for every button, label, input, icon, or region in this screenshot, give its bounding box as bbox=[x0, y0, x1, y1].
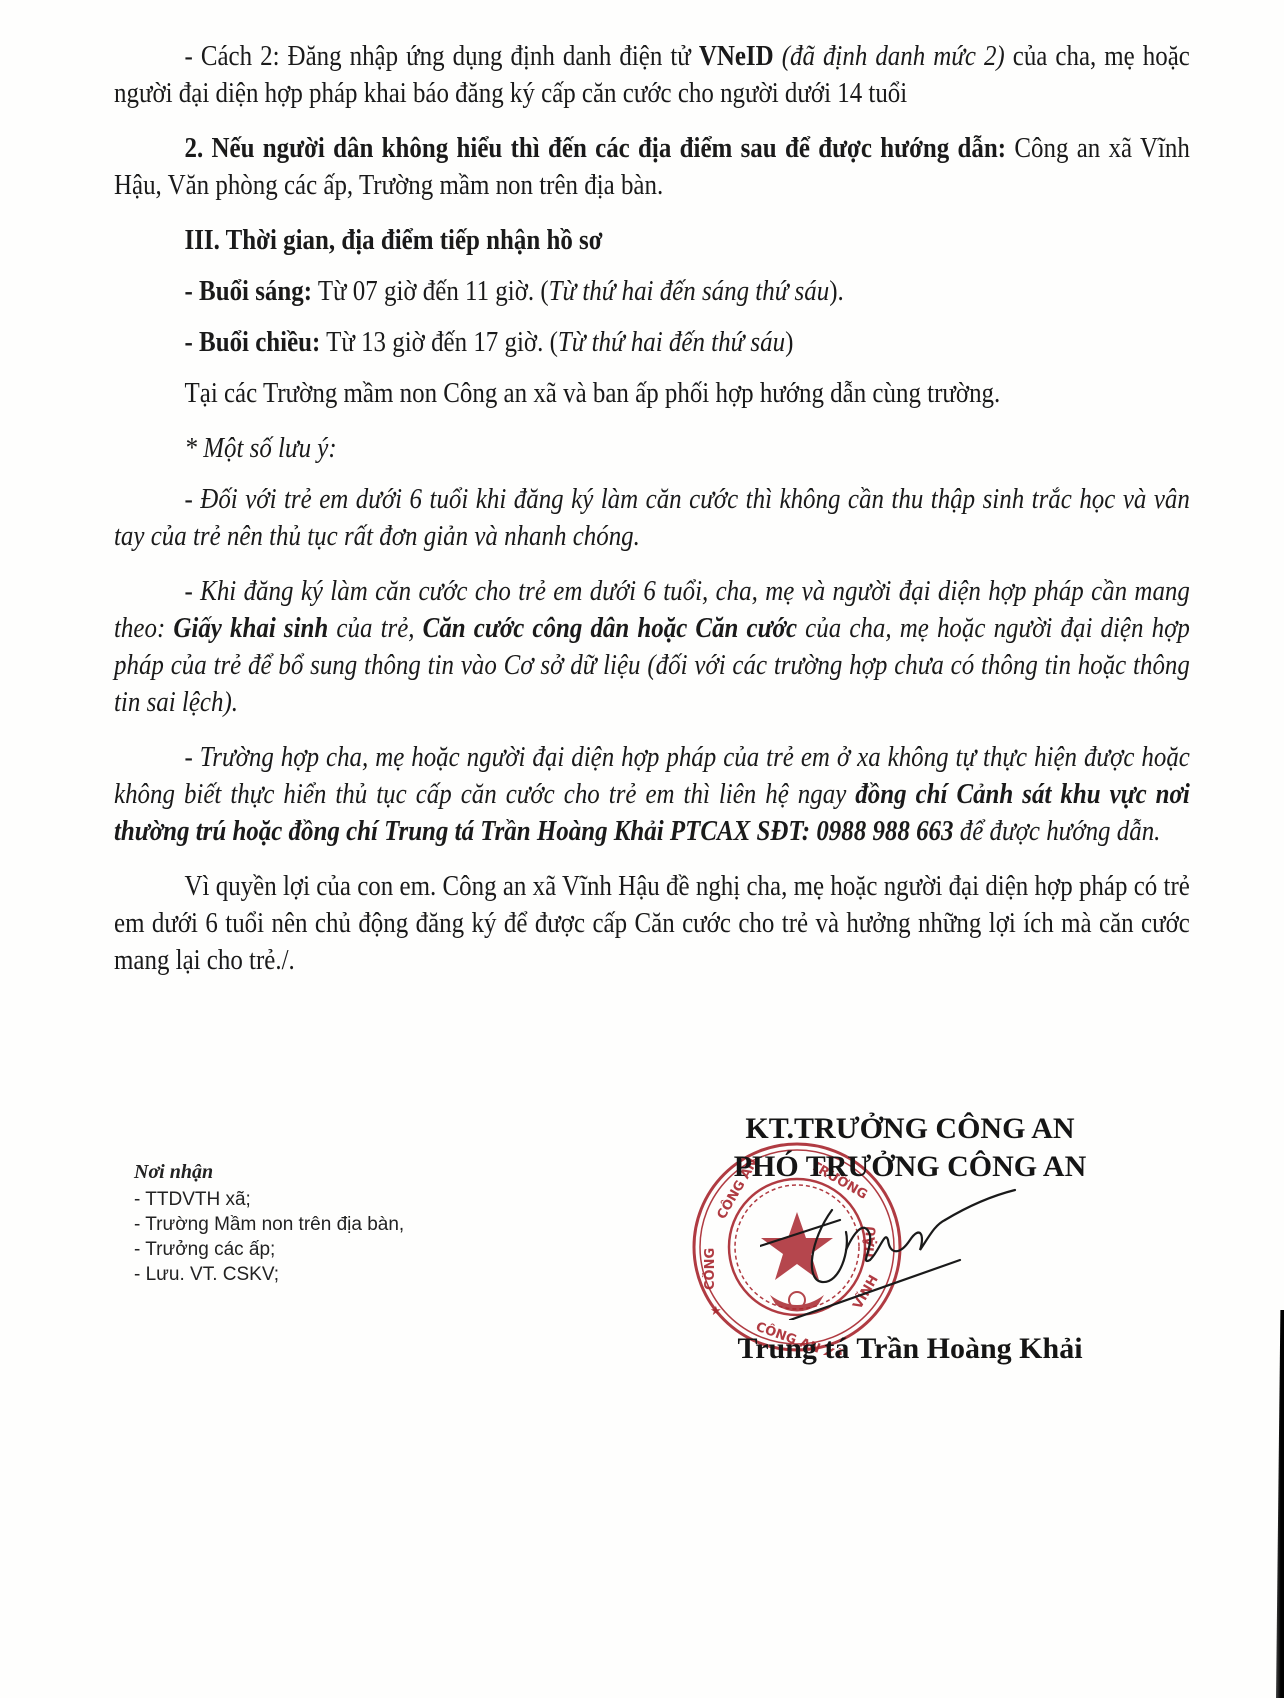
text-run: Giấy khai sinh bbox=[173, 612, 328, 644]
signature-title-line-1: KT.TRƯỞNG CÔNG AN bbox=[700, 1110, 1120, 1148]
text-run: - Đối với trẻ em dưới 6 tuổi khi đăng ký… bbox=[114, 483, 1190, 552]
text-run: Từ 07 giờ đến 11 giờ. ( bbox=[312, 275, 549, 307]
text-run: ) bbox=[785, 326, 793, 358]
signer-name: Trung tá Trần Hoàng Khải bbox=[700, 1330, 1120, 1368]
scan-edge-shadow bbox=[1276, 1310, 1284, 1698]
text-run: Từ thứ hai đến sáng thứ sáu bbox=[549, 275, 830, 307]
text-run: 2. Nếu người dân không hiểu thì đến các … bbox=[185, 132, 1007, 164]
paragraph-afternoon-hours: - Buổi chiều: Từ 13 giờ đến 17 giờ. (Từ … bbox=[114, 324, 1190, 361]
handwritten-signature-icon bbox=[760, 1180, 1020, 1320]
document-body: - Cách 2: Đăng nhập ứng dụng định danh đ… bbox=[114, 38, 1039, 997]
paragraph-note-3: - Trường hợp cha, mẹ hoặc người đại diện… bbox=[114, 739, 1190, 850]
signature-block: KT.TRƯỞNG CÔNG AN PHÓ TRƯỞNG CÔNG AN Tru… bbox=[700, 1110, 1120, 1186]
paragraph-method-2: - Cách 2: Đăng nhập ứng dụng định danh đ… bbox=[114, 38, 1190, 112]
svg-text:★: ★ bbox=[710, 1304, 722, 1319]
paragraph-closing: Vì quyền lợi của con em. Công an xã Vĩnh… bbox=[114, 868, 1190, 979]
text-run: III. Thời gian, địa điểm tiếp nhận hồ sơ bbox=[185, 224, 603, 256]
text-run: - Cách 2: Đăng nhập ứng dụng định danh đ… bbox=[185, 40, 699, 72]
paragraph-guidance-locations: 2. Nếu người dân không hiểu thì đến các … bbox=[114, 130, 1190, 204]
text-run: - Buổi sáng: bbox=[185, 275, 313, 307]
text-run: * Một số lưu ý: bbox=[185, 432, 337, 464]
text-run: Từ 13 giờ đến 17 giờ. ( bbox=[320, 326, 558, 358]
text-run: Căn cước công dân hoặc Căn cước bbox=[423, 612, 797, 644]
svg-text:CÔNG: CÔNG bbox=[702, 1248, 718, 1290]
recipients-title: Nơi nhận bbox=[134, 1160, 404, 1185]
text-run: Tại các Trường mầm non Công an xã và ban… bbox=[185, 377, 1001, 409]
recipient-item: - Trưởng các ấp; bbox=[134, 1237, 404, 1262]
text-run: VNeID bbox=[699, 40, 774, 72]
recipient-item: - Lưu. VT. CSKV; bbox=[134, 1262, 404, 1287]
text-run: - Buổi chiều: bbox=[185, 326, 321, 358]
text-run: của trẻ, bbox=[328, 612, 422, 644]
text-run: Từ thứ hai đến thứ sáu bbox=[558, 326, 785, 358]
text-run: ). bbox=[829, 275, 844, 307]
recipient-item: - TTDVTH xã; bbox=[134, 1187, 404, 1212]
paragraph-school-coordination: Tại các Trường mầm non Công an xã và ban… bbox=[114, 375, 1190, 412]
signature-title-line-2: PHÓ TRƯỞNG CÔNG AN bbox=[700, 1148, 1120, 1186]
text-run: (đã định danh mức 2) bbox=[774, 40, 1005, 72]
recipients-block: Nơi nhận - TTDVTH xã; - Trường Mầm non t… bbox=[134, 1160, 404, 1287]
text-run: để được hướng dẫn. bbox=[954, 815, 1161, 847]
paragraph-morning-hours: - Buổi sáng: Từ 07 giờ đến 11 giờ. (Từ t… bbox=[114, 273, 1190, 310]
paragraph-section-3-heading: III. Thời gian, địa điểm tiếp nhận hồ sơ bbox=[114, 222, 1190, 259]
paragraph-note-2: - Khi đăng ký làm căn cước cho trẻ em dư… bbox=[114, 573, 1190, 721]
recipient-item: - Trường Mầm non trên địa bàn, bbox=[134, 1212, 404, 1237]
paragraph-note-1: - Đối với trẻ em dưới 6 tuổi khi đăng ký… bbox=[114, 481, 1190, 555]
document-page: - Cách 2: Đăng nhập ứng dụng định danh đ… bbox=[0, 0, 1284, 1698]
paragraph-notes-heading: * Một số lưu ý: bbox=[114, 430, 1190, 467]
text-run: Vì quyền lợi của con em. Công an xã Vĩnh… bbox=[114, 870, 1190, 976]
